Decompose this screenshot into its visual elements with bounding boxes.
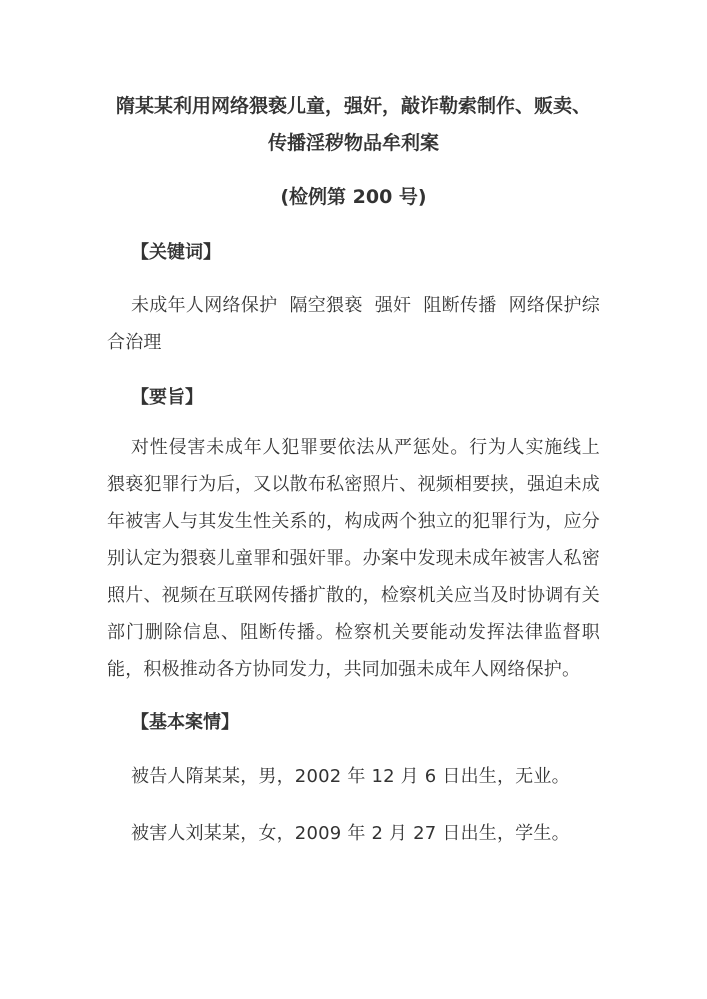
victim-info: 被害人刘某某，女，2009 年 2 月 27 日出生，学生。 — [107, 815, 600, 852]
case-number: (检例第 200 号) — [107, 182, 600, 212]
document-title: 隋某某利用网络猥亵儿童，强奸，敲诈勒索制作、贩卖、传播淫秽物品牟利案 — [107, 88, 600, 162]
gist-heading: 【要旨】 — [107, 384, 600, 412]
document-content: 隋某某利用网络猥亵儿童，强奸，敲诈勒索制作、贩卖、传播淫秽物品牟利案 (检例第 … — [107, 88, 600, 852]
keywords-heading: 【关键词】 — [107, 239, 600, 267]
document-page: 隋某某利用网络猥亵儿童，强奸，敲诈勒索制作、贩卖、传播淫秽物品牟利案 (检例第 … — [0, 0, 707, 999]
gist-text: 对性侵害未成年人犯罪要依法从严惩处。行为人实施线上猥亵犯罪行为后，又以散布私密照… — [107, 429, 600, 688]
keywords-text: 未成年人网络保护 隔空猥亵 强奸 阻断传播 网络保护综合治理 — [107, 287, 600, 361]
basic-facts-heading: 【基本案情】 — [107, 709, 600, 737]
defendant-info: 被告人隋某某，男，2002 年 12 月 6 日出生，无业。 — [107, 758, 600, 795]
